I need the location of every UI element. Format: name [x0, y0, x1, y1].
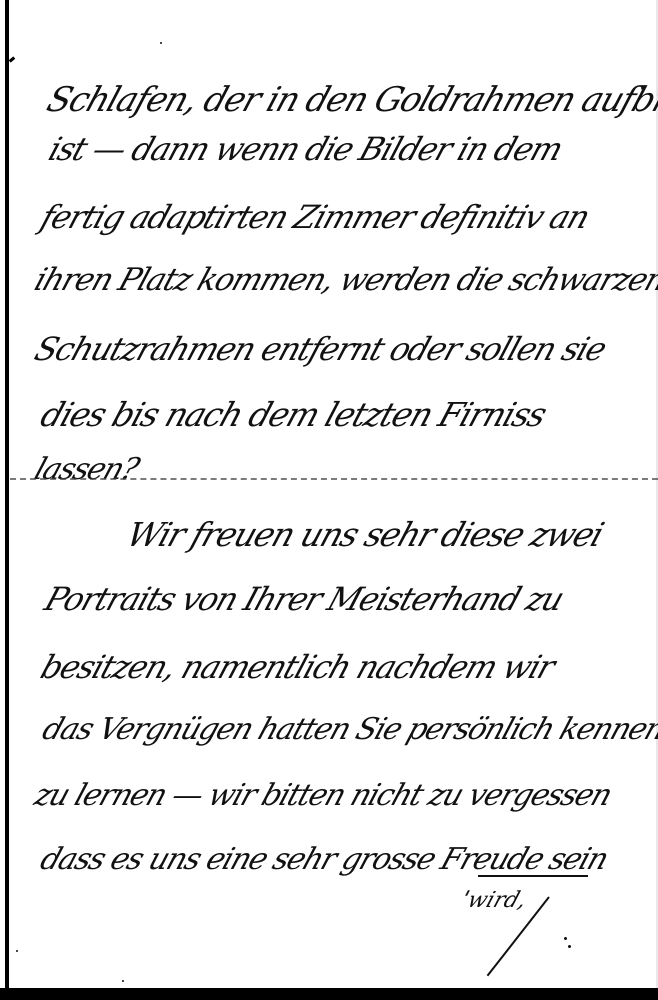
scan-speck — [16, 950, 18, 952]
handwritten-line-3: fertig adaptirten Zimmer definitiv an — [36, 198, 594, 236]
page-bottom-border — [0, 988, 658, 1000]
separator-dashed-rule — [10, 478, 658, 480]
handwritten-line-9: Portraits von Ihrer Meisterhand zu — [40, 580, 568, 618]
handwritten-line-6: dies bis nach dem letzten Firniss — [36, 395, 551, 434]
handwritten-line-5: Schutzrahmen entfernt oder sollen sie — [30, 330, 610, 368]
signature-underline — [478, 875, 588, 877]
handwritten-line-11: das Vergnügen hatten Sie persönlich kenn… — [38, 712, 658, 747]
page-edge-mark — [9, 56, 16, 62]
closing-word: ˈwird, — [458, 888, 530, 913]
scan-speck — [122, 980, 124, 982]
handwritten-line-10: besitzen, namentlich nachdem wir — [36, 648, 559, 686]
handwritten-line-8: Wir freuen uns sehr diese zwei — [122, 515, 608, 554]
handwritten-line-12: zu lernen — wir bitten nicht zu vergesse… — [30, 778, 616, 813]
closing-dot-1 — [564, 937, 567, 940]
letter-page: Schlafen, der in den Goldrahmen aufbrauc… — [0, 0, 658, 1000]
handwritten-line-4: ihren Platz kommen, werden die schwarzen — [30, 262, 658, 298]
page-left-border — [5, 0, 9, 1000]
scan-speck — [160, 42, 162, 44]
closing-dot-2 — [568, 945, 571, 948]
handwritten-line-7: lassen? — [30, 452, 142, 487]
handwritten-line-1: Schlafen, der in den Goldrahmen aufbrauc… — [42, 80, 625, 120]
handwritten-line-13: dass es uns eine sehr grosse Freude sein — [36, 842, 612, 877]
handwritten-line-2: ist — dann wenn die Bilder in dem — [44, 130, 567, 168]
